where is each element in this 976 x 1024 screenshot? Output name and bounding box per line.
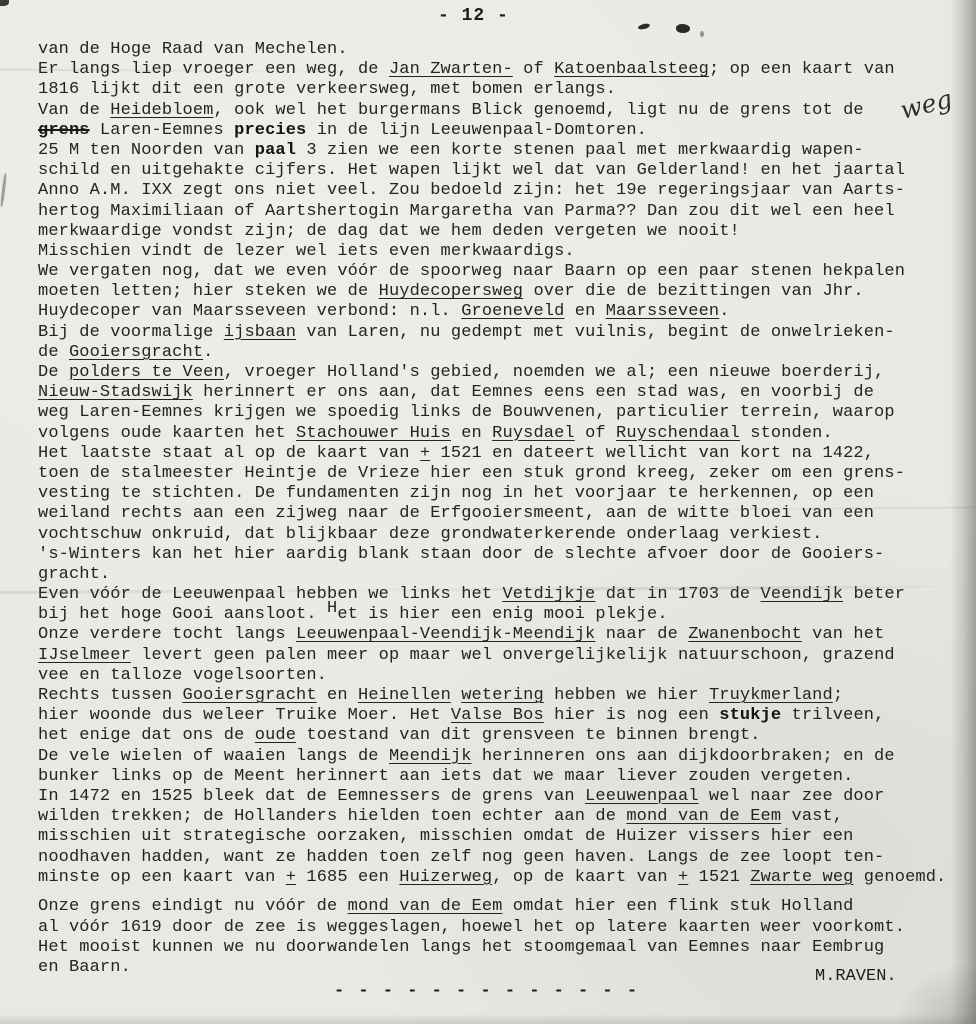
text-line: moeten letten; hier steken we de Huydeco… xyxy=(38,282,958,302)
text-line: weg Laren-Eemnes krijgen we spoedig link… xyxy=(38,403,958,423)
text-line: Nieuw-Stadswijk herinnert er ons aan, da… xyxy=(38,383,958,403)
text-line: Van de Heidebloem, ook wel het burgerman… xyxy=(38,101,958,121)
text-line: Er langs liep vroeger een weg, de Jan Zw… xyxy=(38,60,958,80)
text-line: wilden trekken; de Hollanders hielden to… xyxy=(38,807,958,827)
text-line: Misschien vindt de lezer wel iets even m… xyxy=(38,242,958,262)
text-line: Onze grens eindigt nu vóór de mond van d… xyxy=(38,897,958,917)
text-line: 1816 lijkt dit een grote verkeersweg, me… xyxy=(38,80,958,100)
text-line: vochtschuw onkruid, dat blijkbaar deze g… xyxy=(38,525,958,545)
separator-dashes: - - - - - - - - - - - - - xyxy=(334,982,639,1001)
text-line: De vele wielen of waaien langs de Meendi… xyxy=(38,747,958,767)
text-line: Bij de voormalige ijsbaan van Laren, nu … xyxy=(38,323,958,343)
text-line: Het mooist kunnen we nu doorwandelen lan… xyxy=(38,938,958,958)
text-line: van de Hoge Raad van Mechelen. xyxy=(38,40,958,60)
text-line: noodhaven hadden, want ze hadden toen ze… xyxy=(38,848,958,868)
text-line: gracht. xyxy=(38,565,958,585)
text-line: Rechts tussen Gooiersgracht en Heinellen… xyxy=(38,686,958,706)
edge-mark xyxy=(0,173,7,207)
text-line: Even vóór de Leeuwenpaal hebben we links… xyxy=(38,585,958,605)
ink-speck xyxy=(638,23,651,31)
text-line: 25 M ten Noorden van paal 3 zien we een … xyxy=(38,141,958,161)
text-line: schild en uitgehakte cijfers. Het wapen … xyxy=(38,161,958,181)
text-body: van de Hoge Raad van Mechelen.Er langs l… xyxy=(38,40,958,978)
text-line: We vergaten nog, dat we even vóór de spo… xyxy=(38,262,958,282)
scan-edge-shadow-bottom xyxy=(0,1014,976,1024)
text-line: minste op een kaart van + 1685 een Huize… xyxy=(38,868,958,888)
ink-speck xyxy=(676,24,690,33)
text-line: Het laatste staat al op de kaart van + 1… xyxy=(38,444,958,464)
text-line: toen de stalmeester Heintje de Vrieze hi… xyxy=(38,464,958,484)
text-line: misschien uit strategische oorzaken, mis… xyxy=(38,827,958,847)
text-line: vesting te stichten. De fundamenten zijn… xyxy=(38,484,958,504)
text-line: het enige dat ons de oude toestand van d… xyxy=(38,726,958,746)
text-line: vee en talloze vogelsoorten. xyxy=(38,666,958,686)
ink-speck xyxy=(700,31,704,37)
text-line: hertog Maximiliaan of Aartshertogin Marg… xyxy=(38,202,958,222)
page-number: - 12 - xyxy=(438,6,509,26)
text-line: volgens oude kaarten het Stachouwer Huis… xyxy=(38,424,958,444)
text-line: grens Laren-Eemnes precies in de lijn Le… xyxy=(38,121,958,141)
author-signature: M.RAVEN. xyxy=(815,967,897,986)
text-line: bij het hoge Gooi aansloot. Het is hier … xyxy=(38,605,958,625)
text-line: De polders te Veen, vroeger Holland's ge… xyxy=(38,363,958,383)
text-line: merkwaardige vondst zijn; de dag dat we … xyxy=(38,222,958,242)
text-line: bunker links op de Meent herinnert aan i… xyxy=(38,767,958,787)
text-line: Anno A.M. IXX zegt ons niet veel. Zou be… xyxy=(38,181,958,201)
text-line: 's-Winters kan het hier aardig blank sta… xyxy=(38,545,958,565)
text-line: al vóór 1619 door de zee is weggeslagen,… xyxy=(38,918,958,938)
text-line: Onze verdere tocht langs Leeuwenpaal-Vee… xyxy=(38,625,958,645)
text-line: weiland rechts aan een zijweg naar de Er… xyxy=(38,504,958,524)
text-line: hier woonde dus weleer Truike Moer. Het … xyxy=(38,706,958,726)
text-line: Huydecoper van Maarsseveen verbond: n.l.… xyxy=(38,302,958,322)
text-line: In 1472 en 1525 bleek dat de Eemnessers … xyxy=(38,787,958,807)
scanned-page: - 12 - van de Hoge Raad van Mechelen.Er … xyxy=(0,0,976,1024)
text-line: de Gooiersgracht. xyxy=(38,343,958,363)
corner-speck xyxy=(0,0,9,6)
text-line: IJselmeer levert geen palen meer op maar… xyxy=(38,646,958,666)
